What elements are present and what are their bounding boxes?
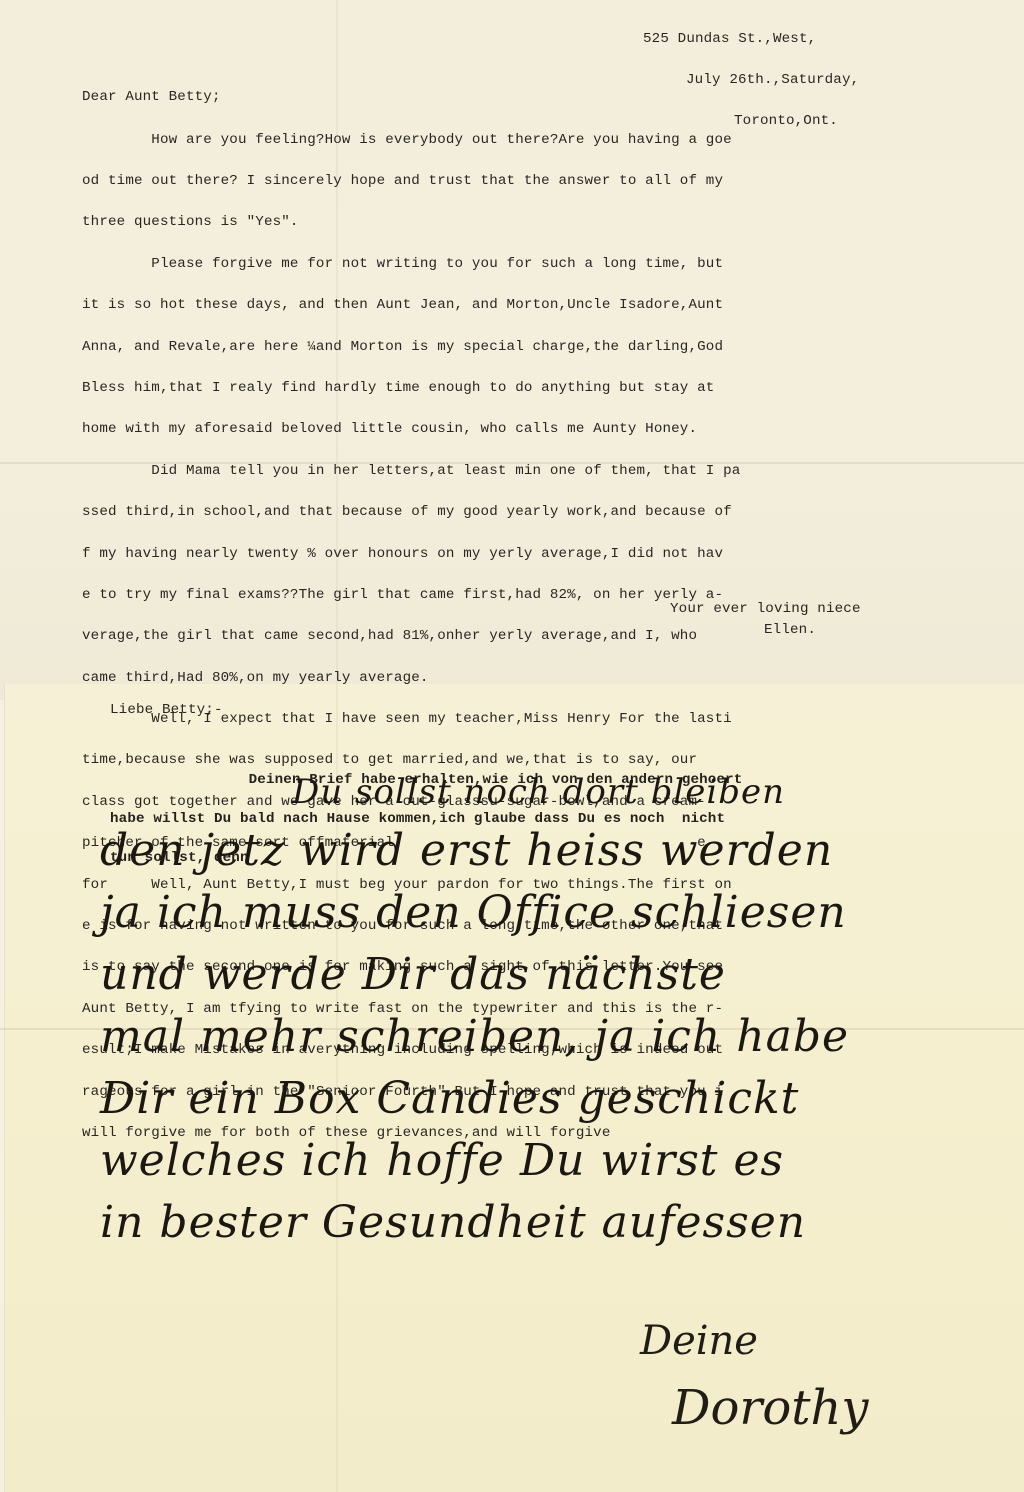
signature-dorothy: Dorothy bbox=[672, 1380, 869, 1436]
address-street: 525 Dundas St.,West, bbox=[643, 33, 859, 47]
body-line: ssed third,in school,and that because of… bbox=[82, 506, 740, 520]
handwritten-line: den jetz wird erst heiss werden bbox=[100, 820, 849, 882]
body-line: Bless him,that I realy find hardly time … bbox=[82, 382, 740, 396]
body-line: Anna, and Revale,are here ¼and Morton is… bbox=[82, 341, 740, 355]
handwritten-line: Dir ein Box Candies geschickt bbox=[100, 1068, 849, 1130]
body-line: came third,Had 80%,on my yearly average. bbox=[82, 672, 740, 686]
body-line: three questions is "Yes". bbox=[82, 216, 740, 230]
address-date: July 26th.,Saturday, bbox=[643, 74, 859, 88]
salutation: Dear Aunt Betty; bbox=[82, 91, 221, 105]
signature-ellen: Ellen. bbox=[764, 624, 816, 638]
german-salutation: Liebe Betty;- bbox=[110, 704, 223, 718]
handwritten-body: den jetz wird erst heiss werden ja ich m… bbox=[100, 820, 849, 1254]
handwritten-closing: Deine bbox=[640, 1318, 758, 1364]
body-line: od time out there? I sincerely hope and … bbox=[82, 175, 740, 189]
body-line: f my having nearly twenty % over honours… bbox=[82, 548, 740, 562]
handwritten-line: ja ich muss den Office schliesen bbox=[100, 882, 849, 944]
body-line: Did Mama tell you in her letters,at leas… bbox=[82, 465, 740, 479]
handwritten-line: mal mehr schreiben, ja ich habe bbox=[100, 1006, 849, 1068]
body-line: e to try my final exams??The girl that c… bbox=[82, 589, 740, 603]
handwritten-first-line: Du sollst noch dort bleiben bbox=[292, 772, 785, 812]
closing-line: Your ever loving niece bbox=[670, 603, 861, 617]
body-line: How are you feeling?How is everybody out… bbox=[82, 134, 740, 148]
body-line: home with my aforesaid beloved little co… bbox=[82, 423, 740, 437]
body-line: verage,the girl that came second,had 81%… bbox=[82, 630, 740, 644]
body-line: it is so hot these days, and then Aunt J… bbox=[82, 299, 740, 313]
body-line: Please forgive me for not writing to you… bbox=[82, 258, 740, 272]
handwritten-line: in bester Gesundheit aufessen bbox=[100, 1192, 849, 1254]
handwritten-line: und werde Dir das nächste bbox=[100, 944, 849, 1006]
letter-page: 525 Dundas St.,West, July 26th.,Saturday… bbox=[0, 0, 1024, 1492]
handwritten-line: welches ich hoffe Du wirst es bbox=[100, 1130, 849, 1192]
